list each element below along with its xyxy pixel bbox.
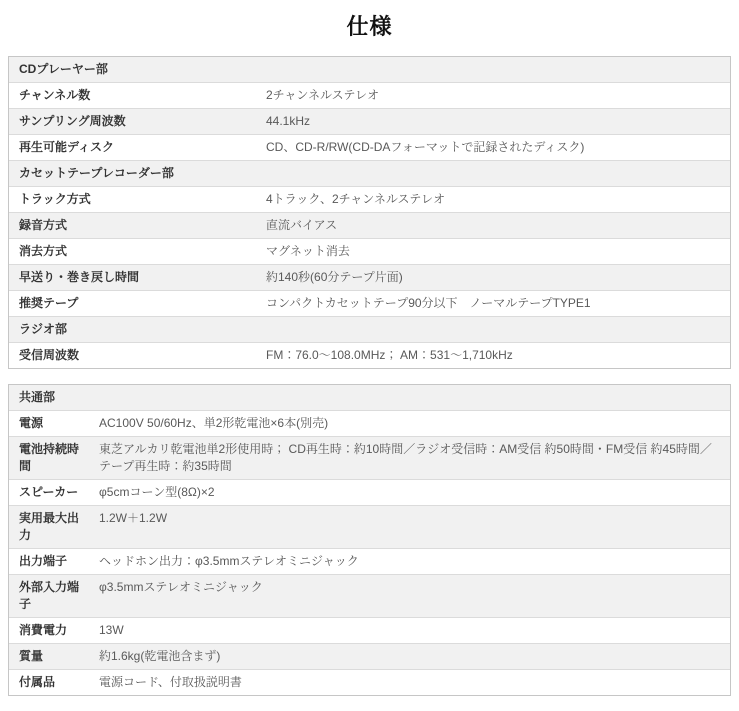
spec-label: 推奨テープ [9,291,258,316]
spec-label: 受信周波数 [9,343,258,368]
section-title: CDプレーヤー部 [9,57,730,82]
section-title: カセットテープレコーダー部 [9,161,730,186]
spec-row: 消去方式 マグネット消去 [9,239,730,265]
spec-row: トラック方式 4トラック、2チャンネルステレオ [9,187,730,213]
spec-value: FM：76.0～108.0MHz； AM：531～1,710kHz [258,343,730,368]
spec-label: 早送り・巻き戻し時間 [9,265,258,290]
spec-label: 消去方式 [9,239,258,264]
spec-row: 受信周波数 FM：76.0～108.0MHz； AM：531～1,710kHz [9,343,730,368]
spec-table-common-section: 共通部 電源 AC100V 50/60Hz、単2形乾電池×6本(別売) 電池持続… [8,384,731,696]
spec-row: 消費電力 13W [9,618,730,644]
spec-value: φ5cmコーン型(8Ω)×2 [91,480,730,505]
spec-value: φ3.5mmステレオミニジャック [91,575,730,600]
spec-label: 実用最大出力 [9,506,91,548]
section-title: 共通部 [9,385,730,410]
spec-value: AC100V 50/60Hz、単2形乾電池×6本(別売) [91,411,730,436]
spec-value: 約1.6kg(乾電池含まず) [91,644,730,669]
spec-row: 推奨テープ コンパクトカセットテープ90分以下 ノーマルテープTYPE1 [9,291,730,317]
spec-label: 再生可能ディスク [9,135,258,160]
spec-row: チャンネル数 2チャンネルステレオ [9,83,730,109]
spec-label: トラック方式 [9,187,258,212]
spec-row: 録音方式 直流バイアス [9,213,730,239]
spec-value: 約140秒(60分テープ片面) [258,265,730,290]
spec-row: 質量 約1.6kg(乾電池含まず) [9,644,730,670]
spec-label: 出力端子 [9,549,91,574]
spec-value: マグネット消去 [258,239,730,264]
spec-label: 付属品 [9,670,91,695]
spec-value: 2チャンネルステレオ [258,83,730,108]
section-title: ラジオ部 [9,317,730,342]
section-header-row: CDプレーヤー部 [9,57,730,83]
spec-value: 直流バイアス [258,213,730,238]
spec-row: 電源 AC100V 50/60Hz、単2形乾電池×6本(別売) [9,411,730,437]
spec-label: スピーカー [9,480,91,505]
spec-value: CD、CD-R/RW(CD-DAフォーマットで記録されたディスク) [258,135,730,160]
spec-row: 出力端子 ヘッドホン出力：φ3.5mmステレオミニジャック [9,549,730,575]
spec-value: 44.1kHz [258,109,730,134]
spec-label: サンプリング周波数 [9,109,258,134]
spec-row: 再生可能ディスク CD、CD-R/RW(CD-DAフォーマットで記録されたディス… [9,135,730,161]
spec-value: 電源コード、付取扱説明書 [91,670,730,695]
spec-page: 仕様 CDプレーヤー部 チャンネル数 2チャンネルステレオ サンプリング周波数 … [0,10,739,696]
spec-value: 4トラック、2チャンネルステレオ [258,187,730,212]
spec-label: 質量 [9,644,91,669]
section-header-row: ラジオ部 [9,317,730,343]
page-title: 仕様 [8,10,731,41]
spec-label: 録音方式 [9,213,258,238]
spec-row: サンプリング周波数 44.1kHz [9,109,730,135]
spec-table-av-sections: CDプレーヤー部 チャンネル数 2チャンネルステレオ サンプリング周波数 44.… [8,56,731,369]
section-header-row: カセットテープレコーダー部 [9,161,730,187]
spec-row: スピーカー φ5cmコーン型(8Ω)×2 [9,480,730,506]
spec-row: 実用最大出力 1.2W＋1.2W [9,506,730,549]
spec-label: 電池持続時間 [9,437,91,479]
spec-row: 外部入力端子 φ3.5mmステレオミニジャック [9,575,730,618]
spec-label: 消費電力 [9,618,91,643]
spec-label: チャンネル数 [9,83,258,108]
spec-label: 外部入力端子 [9,575,91,617]
spec-value: コンパクトカセットテープ90分以下 ノーマルテープTYPE1 [258,291,730,316]
spec-row: 電池持続時間 東芝アルカリ乾電池単2形使用時； CD再生時：約10時間／ラジオ受… [9,437,730,480]
spec-value: 東芝アルカリ乾電池単2形使用時； CD再生時：約10時間／ラジオ受信時：AM受信… [91,437,730,479]
section-header-row: 共通部 [9,385,730,411]
spec-value: 13W [91,618,730,643]
spec-row: 付属品 電源コード、付取扱説明書 [9,670,730,695]
spec-label: 電源 [9,411,91,436]
spec-value: ヘッドホン出力：φ3.5mmステレオミニジャック [91,549,730,574]
spec-value: 1.2W＋1.2W [91,506,730,531]
spec-row: 早送り・巻き戻し時間 約140秒(60分テープ片面) [9,265,730,291]
